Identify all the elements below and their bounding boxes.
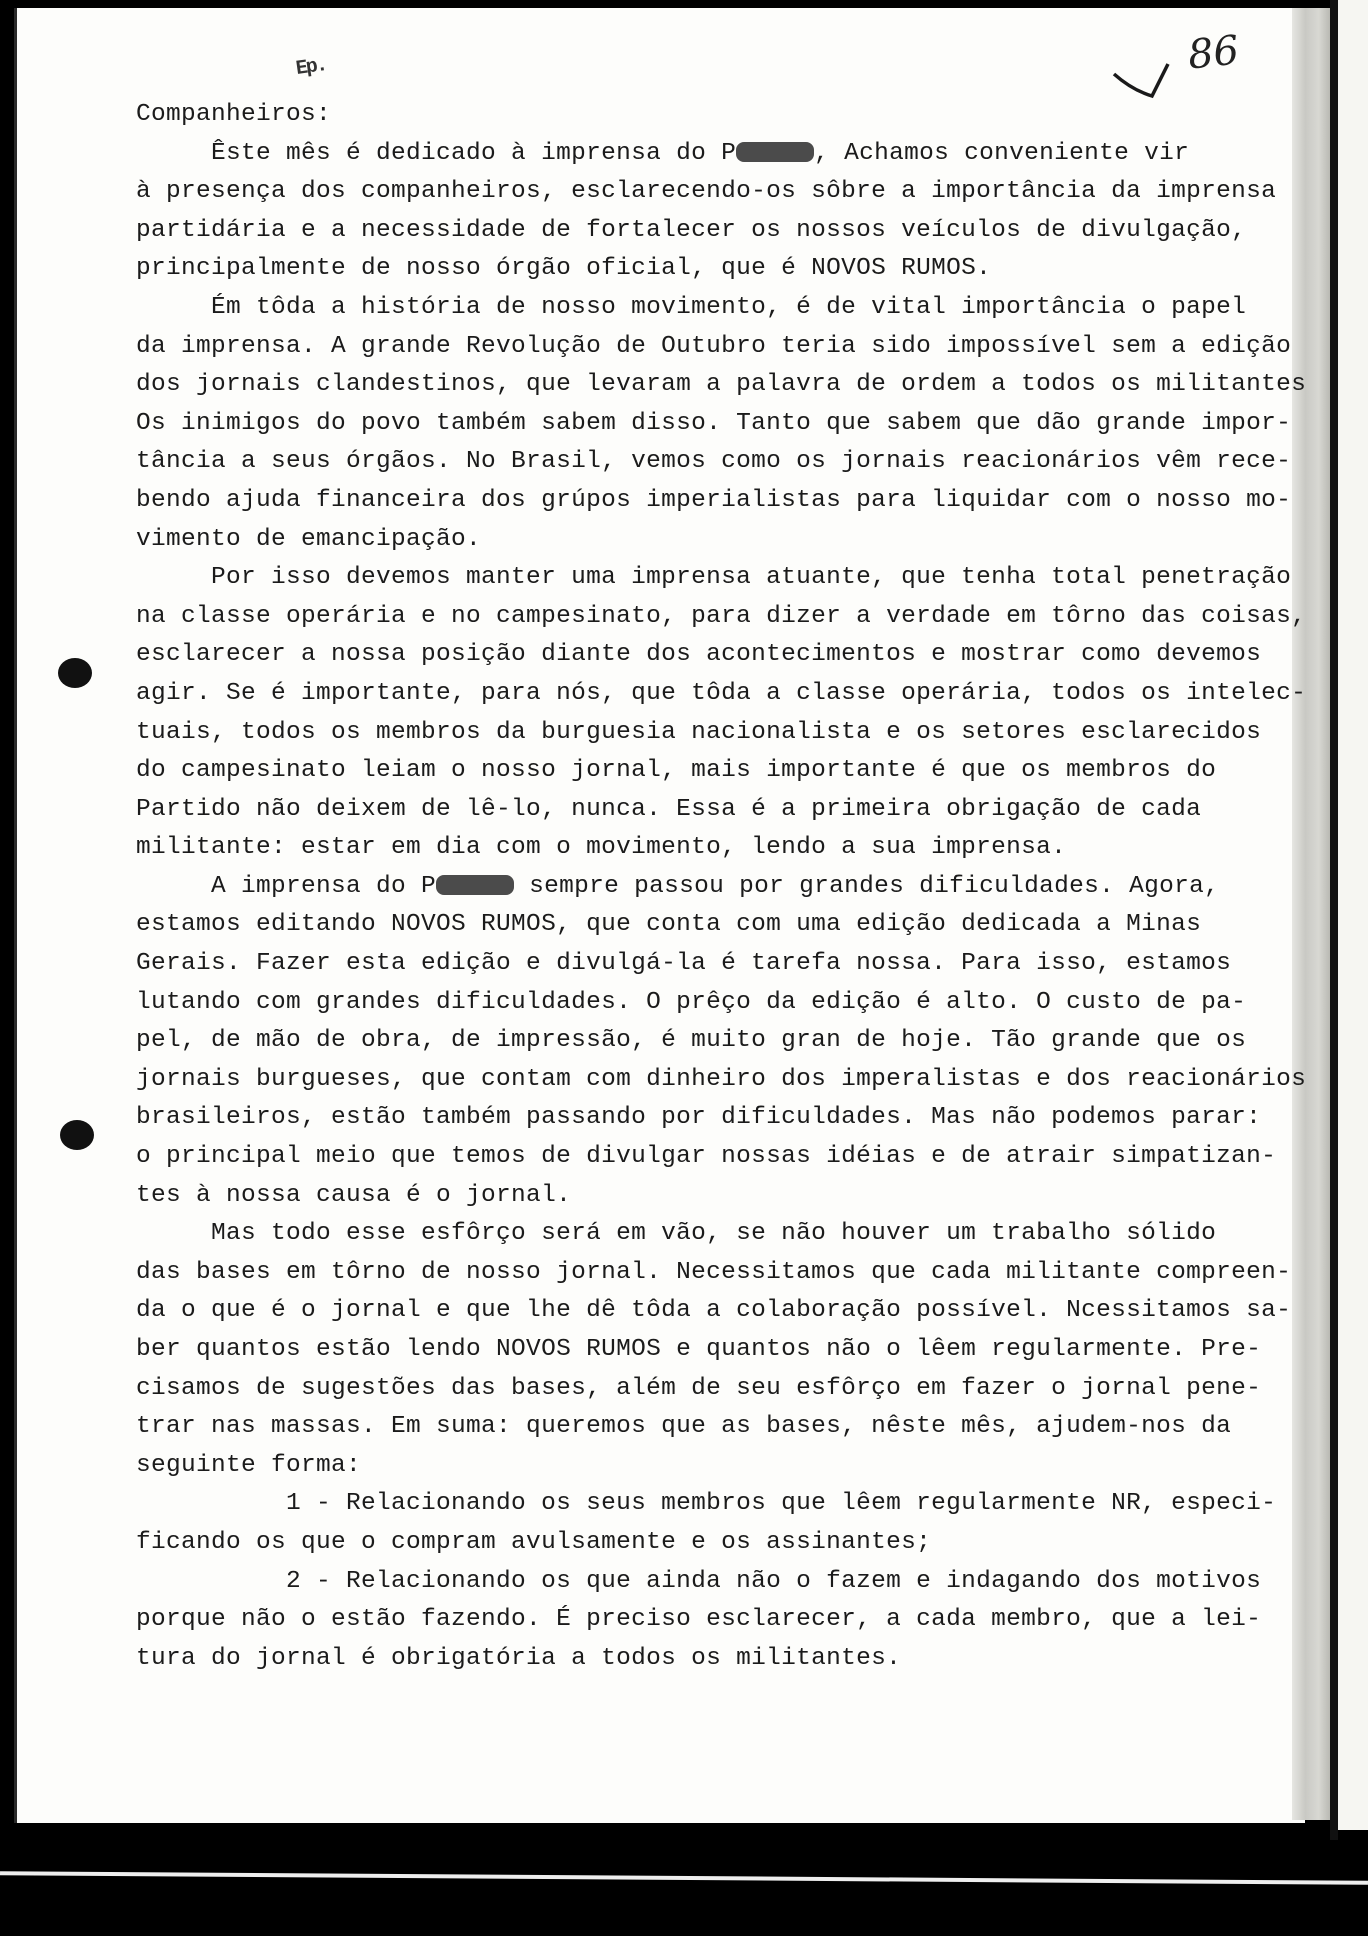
redaction-mark: [436, 875, 514, 895]
text-line: ber quantos estão lendo NOVOS RUMOS e qu…: [136, 1331, 1296, 1370]
page-number: 86: [1186, 27, 1241, 78]
text-line: da o que é o jornal e que lhe dê tôda a …: [136, 1292, 1296, 1331]
text-line: seguinte forma:: [136, 1447, 1296, 1486]
text-line: Gerais. Fazer esta edição e divulgá-la é…: [136, 945, 1296, 984]
punch-hole: [60, 1120, 94, 1150]
checkmark-icon: [1112, 60, 1182, 100]
text-line: A imprensa do P sempre passou por grande…: [136, 868, 1296, 907]
page-edge-shadow: [1292, 8, 1330, 1820]
text-line: agir. Se é importante, para nós, que tôd…: [136, 675, 1296, 714]
text-line: militante: estar em dia com o movimento,…: [136, 829, 1296, 868]
text-line: à presença dos companheiros, esclarecend…: [136, 173, 1296, 212]
text-line: brasileiros, estão também passando por d…: [136, 1099, 1296, 1138]
text-line: partidária e a necessidade de fortalecer…: [136, 212, 1296, 251]
text-line: principalmente de nosso órgão oficial, q…: [136, 250, 1296, 289]
punch-hole: [58, 658, 92, 688]
text-line: lutando com grandes dificuldades. O prêç…: [136, 984, 1296, 1023]
document-body: Companheiros: Êste mês é dedicado à impr…: [136, 96, 1296, 1678]
text-line: cisamos de sugestões das bases, além de …: [136, 1370, 1296, 1409]
text-line: da imprensa. A grande Revolução de Outub…: [136, 328, 1296, 367]
text-line: do campesinato leiam o nosso jornal, mai…: [136, 752, 1296, 791]
text-line: tes à nossa causa é o jornal.: [136, 1177, 1296, 1216]
text-line: Os inimigos do povo também sabem disso. …: [136, 405, 1296, 444]
text-line: tuais, todos os membros da burguesia nac…: [136, 714, 1296, 753]
text-line: na classe operária e no campesinato, par…: [136, 598, 1296, 637]
text-line: o principal meio que temos de divulgar n…: [136, 1138, 1296, 1177]
text-line: dos jornais clandestinos, que levaram a …: [136, 366, 1296, 405]
text-line: pel, de mão de obra, de impressão, é mui…: [136, 1022, 1296, 1061]
salutation: Companheiros:: [136, 96, 1296, 135]
scan-bottom-edge: [0, 1871, 1368, 1885]
text-line: porque não o estão fazendo. É preciso es…: [136, 1601, 1296, 1640]
text-line: bendo ajuda financeira dos grúpos imperi…: [136, 482, 1296, 521]
text-line: estamos editando NOVOS RUMOS, que conta …: [136, 906, 1296, 945]
text-line: Ém tôda a história de nosso movimento, é…: [136, 289, 1296, 328]
page-border: [1330, 0, 1338, 1840]
text-line: Mas todo esse esfôrço será em vão, se nã…: [136, 1215, 1296, 1254]
text-line: ficando os que o compram avulsamente e o…: [136, 1524, 1296, 1563]
text-line: Êste mês é dedicado à imprensa do P, Ach…: [136, 135, 1296, 174]
text-line: das bases em tôrno de nosso jornal. Nece…: [136, 1254, 1296, 1293]
text-line: vimento de emancipação.: [136, 521, 1296, 560]
redaction-mark: [736, 142, 814, 162]
text-line: 2 - Relacionando os que ainda não o faze…: [136, 1563, 1296, 1602]
text-line: tura do jornal é obrigatória a todos os …: [136, 1640, 1296, 1679]
text-line: jornais burgueses, que contam com dinhei…: [136, 1061, 1296, 1100]
text-line: 1 - Relacionando os seus membros que lêe…: [136, 1485, 1296, 1524]
text-line: esclarecer a nossa posição diante dos ac…: [136, 636, 1296, 675]
text-line: Por isso devemos manter uma imprensa atu…: [136, 559, 1296, 598]
handwritten-scribble: Ep.: [295, 54, 328, 81]
adjacent-sheet: [1338, 0, 1368, 1830]
text-line: tância a seus órgãos. No Brasil, vemos c…: [136, 443, 1296, 482]
text-line: Partido não deixem de lê-lo, nunca. Essa…: [136, 791, 1296, 830]
text-line: trar nas massas. Em suma: queremos que a…: [136, 1408, 1296, 1447]
